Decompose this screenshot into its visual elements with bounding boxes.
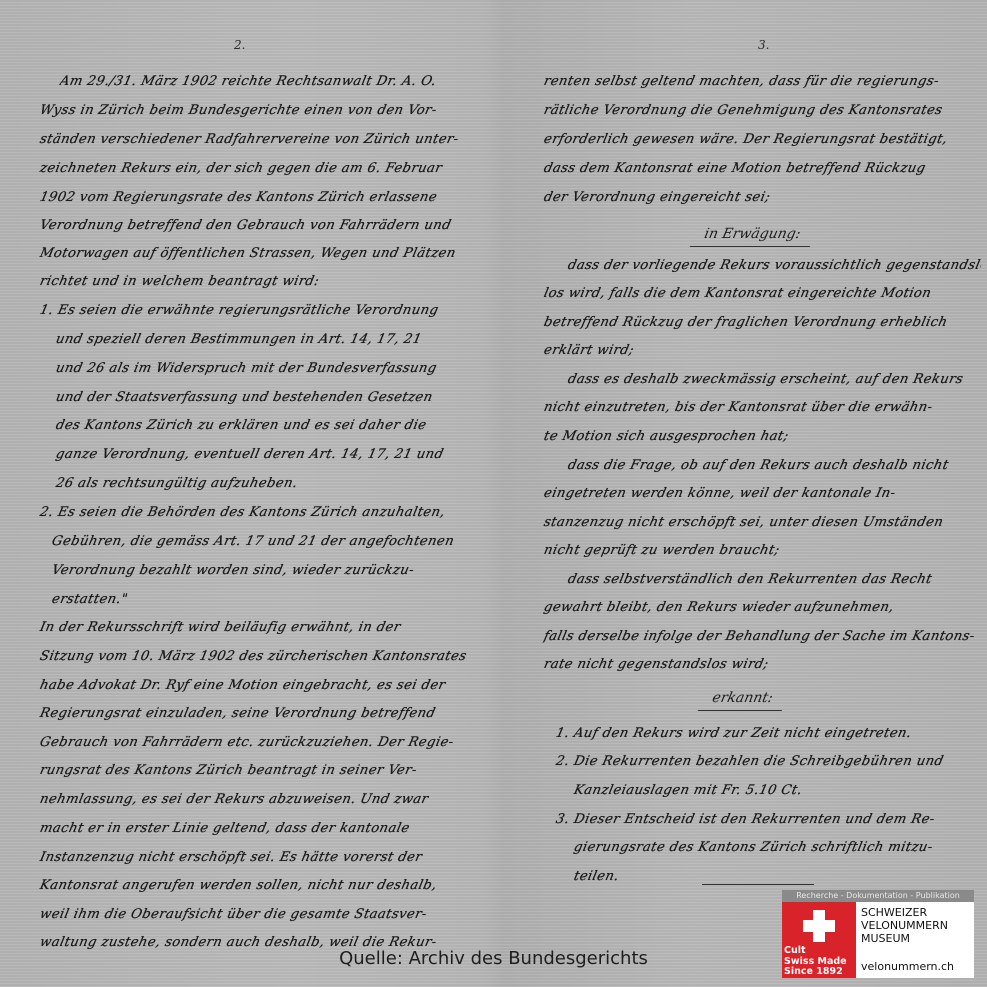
handwritten-line: gewahrt bleibt, den Rekurs wieder aufzun… (542, 600, 982, 615)
handwritten-line: 26 als rechtsungültig aufzuheben. (54, 476, 500, 491)
handwritten-line: dass selbstverständlich den Rekurrenten … (566, 572, 982, 587)
handwritten-line: erforderlich gewesen wäre. Der Regierung… (542, 132, 982, 147)
badge-text: Cult Swiss Made Since 1892 (784, 946, 847, 978)
handwritten-line: Kantonsrat angerufen werden sollen, nich… (38, 878, 500, 893)
handwritten-line: zeichneten Rekurs ein, der sich gegen di… (38, 161, 500, 176)
handwritten-line: ständen verschiedener Radfahrervereine v… (38, 132, 500, 147)
handwritten-line: nicht einzutreten, bis der Kantonsrat üb… (542, 400, 982, 415)
handwritten-line: In der Rekursschrift wird beiläufig erwä… (38, 620, 500, 635)
heading-erkannt: erkannt: (698, 690, 787, 711)
handwritten-line: teilen. (572, 869, 982, 884)
handwritten-line: macht er in erster Linie geltend, dass d… (38, 821, 500, 836)
handwritten-line: und speziell deren Bestimmungen in Art. … (54, 332, 500, 347)
handwritten-line: stanzenzug nicht erschöpft sei, unter di… (542, 515, 982, 530)
handwritten-line: erklärt wird; (542, 343, 982, 358)
handwritten-line: Regierungsrat einzuladen, seine Verordnu… (38, 706, 500, 721)
heading-in-erwaegung: in Erwägung: (690, 226, 814, 247)
handwritten-line: und 26 als im Widerspruch mit der Bundes… (54, 361, 500, 376)
handwritten-line: falls derselbe infolge der Behandlung de… (542, 629, 982, 644)
logo-tagline: Recherche - Dokumentation - Publikation (782, 890, 974, 902)
left-page: 2. Am 29./31. März 1902 reichte Rechtsan… (0, 0, 505, 940)
handwritten-line: Gebühren, die gemäss Art. 17 und 21 der … (50, 534, 500, 549)
handwritten-line: eingetreten werden könne, weil der kanto… (542, 486, 982, 501)
handwritten-line: rätliche Verordnung die Genehmigung des … (542, 103, 982, 118)
handwritten-line: rungsrat des Kantons Zürich beantragt in… (38, 763, 500, 778)
handwritten-line: nehmlassung, es sei der Rekurs abzuweise… (38, 792, 500, 807)
handwritten-line: der Verordnung eingereicht sei; (542, 190, 982, 205)
handwritten-line: dass dem Kantonsrat eine Motion betreffe… (542, 161, 982, 176)
handwritten-line: dass die Frage, ob auf den Rekurs auch d… (566, 458, 982, 473)
handwritten-line: Kanzleiauslagen mit Fr. 5.10 Ct. (572, 783, 982, 798)
handwritten-line: weil ihm die Oberaufsicht über die gesam… (38, 907, 500, 922)
handwritten-line: Sitzung vom 10. März 1902 des zürcherisc… (38, 649, 500, 664)
handwritten-line: Am 29./31. März 1902 reichte Rechtsanwal… (58, 74, 500, 89)
handwritten-line: dass der vorliegende Rekurs voraussichtl… (566, 258, 982, 273)
handwritten-line: Wyss in Zürich beim Bundesgerichte einen… (38, 103, 500, 118)
swiss-cross-icon (803, 920, 835, 932)
handwritten-line: nicht geprüft zu werden braucht; (542, 543, 982, 558)
handwritten-line: renten selbst geltend machten, dass für … (542, 74, 982, 89)
museum-name: SCHWEIZER VELONUMMERN MUSEUM (861, 906, 948, 945)
handwritten-line: 1. Auf den Rekurs wird zur Zeit nicht ei… (554, 726, 982, 741)
swiss-flag-panel: Cult Swiss Made Since 1892 (782, 902, 856, 978)
handwritten-line: Motorwagen auf öffentlichen Strassen, We… (38, 246, 500, 261)
handwritten-line: 2. Die Rekurrenten bezahlen die Schreibg… (554, 754, 982, 769)
handwritten-line: dass es deshalb zweckmässig erscheint, a… (566, 372, 982, 387)
handwritten-line: Gebrauch von Fahrrädern etc. zurückzuzie… (38, 735, 500, 750)
handwritten-line: gierungsrate des Kantons Zürich schriftl… (572, 840, 982, 855)
handwritten-line: Instanzenzug nicht erschöpft sei. Es hät… (38, 850, 500, 865)
closing-rule (702, 884, 814, 885)
handwritten-line: 1902 vom Regierungsrate des Kantons Züri… (38, 190, 500, 205)
handwritten-line: rate nicht gegenstandslos wird; (542, 657, 982, 672)
handwritten-line: betreffend Rückzug der fraglichen Verord… (542, 315, 982, 330)
museum-name-panel: SCHWEIZER VELONUMMERN MUSEUM velonummern… (856, 902, 974, 978)
handwritten-line: richtet und in welchem beantragt wird: (38, 274, 500, 289)
handwritten-line: habe Advokat Dr. Ryf eine Motion eingebr… (38, 678, 500, 693)
handwritten-line: des Kantons Zürich zu erklären und es se… (54, 418, 500, 433)
page-number: 2. (234, 38, 245, 52)
handwritten-line: los wird, falls die dem Kantonsrat einge… (542, 286, 982, 301)
handwritten-line: 1. Es seien die erwähnte regierungsrätli… (38, 303, 500, 318)
handwritten-line: Verordnung betreffend den Gebrauch von F… (38, 218, 500, 233)
handwritten-line: erstatten." (50, 592, 500, 607)
handwritten-line: 2. Es seien die Behörden des Kantons Zür… (38, 505, 500, 520)
handwritten-line: te Motion sich ausgesprochen hat; (542, 429, 982, 444)
handwritten-line: ganze Verordnung, eventuell deren Art. 1… (54, 447, 500, 462)
velonummern-museum-logo: Recherche - Dokumentation - Publikation … (782, 890, 974, 978)
museum-url: velonummern.ch (861, 960, 954, 973)
handwritten-line: Verordnung bezahlt worden sind, wieder z… (50, 563, 500, 578)
handwritten-line: 3. Dieser Entscheid ist den Rekurrenten … (554, 812, 982, 827)
handwritten-line: und der Staatsverfassung und bestehenden… (54, 390, 500, 405)
page-number: 3. (758, 38, 769, 52)
right-page: 3. renten selbst geltend machten, dass f… (520, 0, 987, 940)
